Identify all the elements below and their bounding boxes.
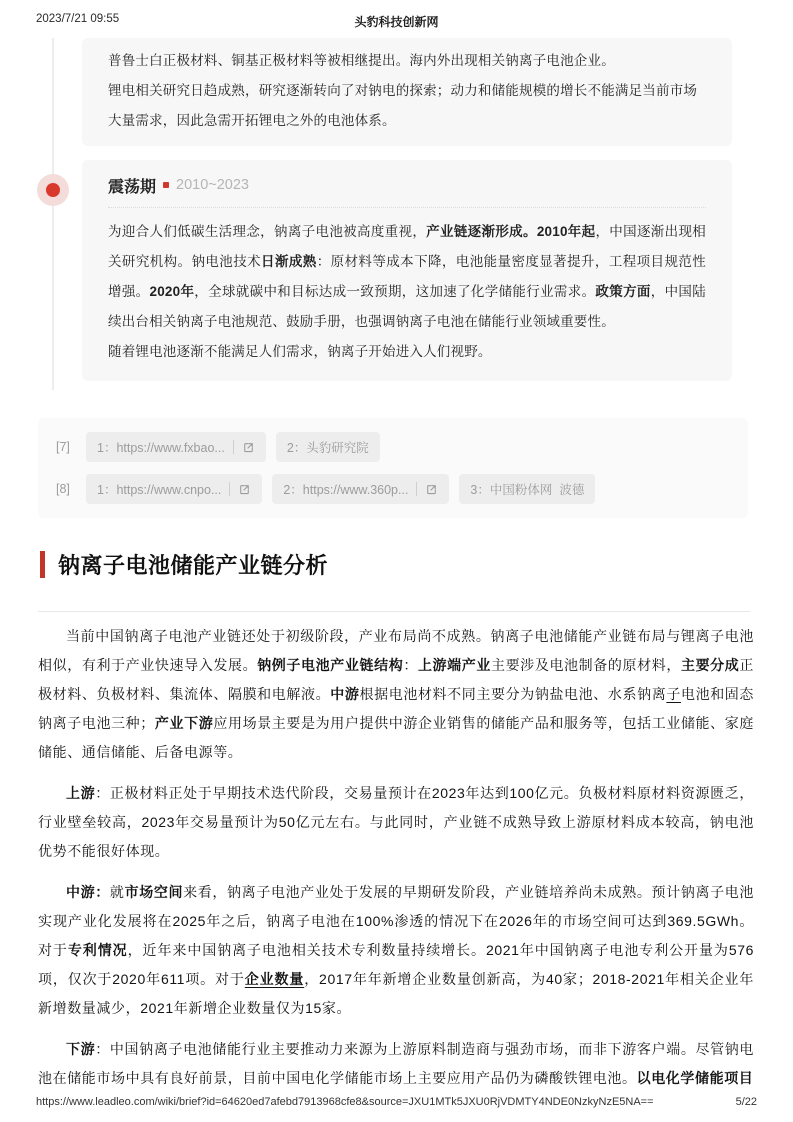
reference-row: [8]1：https://www.cnpo...2：https://www.36…	[56, 474, 730, 504]
text-run: 日渐成熟	[261, 254, 317, 269]
text-run: 中游：	[66, 884, 110, 900]
text-run: ，全球就碳中和目标达成一致预期，这加速了化学储能行业需求。	[194, 284, 595, 299]
text-run: 专利情况	[68, 942, 128, 958]
text-run: 主要分成	[681, 657, 739, 673]
text-run: 以电化学储能项目	[637, 1070, 754, 1086]
paragraph-upstream: 上游：正极材料正处于早期技术迭代阶段，交易量预计在2023年达到100亿元。负极…	[38, 779, 754, 866]
references-panel: [7]1：https://www.fxbao...2：头豹研究院[8]1：htt…	[38, 418, 748, 518]
timeline-card-oscillation-phase: 震荡期 2010~2023 为迎合人们低碳生活理念，钠离子电池被高度重视，产业链…	[82, 160, 732, 381]
reference-link-pill[interactable]: 1：https://www.fxbao...	[86, 432, 266, 462]
paragraph-midstream: 中游：就市场空间来看，钠离子电池产业处于发展的早期研发阶段，产业链培养尚未成熟。…	[38, 878, 754, 1023]
text-run: 市场空间	[125, 884, 184, 900]
text-run: 为迎合人们低碳生活理念，钠离子电池被高度重视，	[108, 224, 426, 239]
document-page: 2023/7/21 09:55 头豹科技创新网 普鲁士白正极材料、铜基正极材料等…	[0, 0, 793, 1122]
phase-card-body: 为迎合人们低碳生活理念，钠离子电池被高度重视，产业链逐渐形成。2010年起，中国…	[108, 217, 706, 367]
section-divider	[38, 611, 750, 612]
text-run: 子	[666, 686, 681, 702]
pill-divider	[229, 482, 230, 496]
page-number: 5/22	[736, 1096, 757, 1108]
phase-period: 2010~2023	[176, 177, 249, 193]
reference-link-pill[interactable]: 2：https://www.360p...	[272, 474, 449, 504]
external-link-icon	[242, 441, 255, 454]
red-square-bullet-icon	[163, 182, 169, 188]
article-body: 当前中国钠离子电池产业链还处于初级阶段，产业布局尚不成熟。钠离子电池储能产业链布…	[38, 622, 754, 1105]
source-url: https://www.leadleo.com/wiki/brief?id=64…	[36, 1096, 654, 1108]
text-run: 2020年	[150, 284, 195, 299]
text-run: 产业链逐渐形成。2010年起	[426, 224, 595, 239]
card-paragraph: 普鲁士白正极材料、铜基正极材料等被相继提出。海内外出现相关钠离子电池企业。	[108, 46, 706, 76]
reference-link-text: 1：https://www.cnpo...	[97, 480, 221, 498]
reference-link-text: 3：中国粉体网 波德	[470, 480, 584, 498]
dotted-separator	[108, 207, 706, 208]
red-accent-bar	[40, 551, 45, 578]
paragraph-downstream: 下游：中国钠离子电池储能行业主要推动力来源为上游原料制造商与强劲市场，而非下游客…	[38, 1035, 754, 1093]
reference-id: [7]	[56, 440, 76, 454]
paragraph-overview: 当前中国钠离子电池产业链还处于初级阶段，产业布局尚不成熟。钠离子电池储能产业链布…	[38, 622, 754, 767]
reference-id: [8]	[56, 482, 76, 496]
reference-link-pill[interactable]: 1：https://www.cnpo...	[86, 474, 262, 504]
reference-link-text: 1：https://www.fxbao...	[97, 438, 225, 456]
external-link-icon	[425, 483, 438, 496]
section-header: 钠离子电池储能产业链分析	[40, 549, 328, 580]
phase-name: 震荡期	[108, 174, 156, 197]
text-run: 钠例子电池产业链结构	[257, 657, 403, 673]
print-header: 2023/7/21 09:55 头豹科技创新网	[36, 13, 757, 29]
reference-link-text: 2：https://www.360p...	[283, 480, 408, 498]
phase-card-header: 震荡期 2010~2023	[108, 173, 706, 197]
text-run: 根据电池材料不同主要分为钠盐电池、水系钠离	[359, 686, 666, 702]
text-run: 企业数量	[245, 971, 304, 987]
reference-row: [7]1：https://www.fxbao...2：头豹研究院	[56, 432, 730, 462]
text-run: ：	[403, 657, 418, 673]
reference-link-pill[interactable]: 2：头豹研究院	[276, 432, 380, 462]
text-run: ：正极材料正处于早期技术迭代阶段，交易量预计在2023年达到100亿元。负极材料…	[38, 785, 754, 859]
timeline-dot-icon	[37, 174, 69, 206]
card-paragraph: 锂电相关研究日趋成熟，研究逐渐转向了对钠电的探索；动力和储能规模的增长不能满足当…	[108, 76, 706, 136]
text-run: 上游端产业	[418, 657, 491, 673]
site-title: 头豹科技创新网	[36, 13, 757, 30]
timeline-dot-inner	[46, 183, 60, 197]
text-run: 就	[110, 884, 125, 900]
timeline-card-previous-phase: 普鲁士白正极材料、铜基正极材料等被相继提出。海内外出现相关钠离子电池企业。 锂电…	[82, 38, 732, 146]
external-link-icon	[238, 483, 251, 496]
pill-divider	[233, 440, 234, 454]
pill-divider	[416, 482, 417, 496]
text-run: 随着锂电池逐渐不能满足人们需求，钠离子开始进入人们视野。	[108, 344, 492, 359]
text-run: 主要涉及电池制备的原材料，	[491, 657, 681, 673]
text-run: 下游	[66, 1041, 95, 1057]
section-title: 钠离子电池储能产业链分析	[58, 549, 328, 580]
reference-link-text: 2：头豹研究院	[287, 438, 369, 456]
text-run: 中游	[330, 686, 359, 702]
text-run: 产业下游	[155, 715, 213, 731]
timeline-line	[52, 38, 54, 390]
text-run: 政策方面	[595, 284, 650, 299]
print-footer: https://www.leadleo.com/wiki/brief?id=64…	[36, 1094, 757, 1110]
text-run: 上游	[66, 785, 95, 801]
reference-link-pill[interactable]: 3：中国粉体网 波德	[459, 474, 595, 504]
